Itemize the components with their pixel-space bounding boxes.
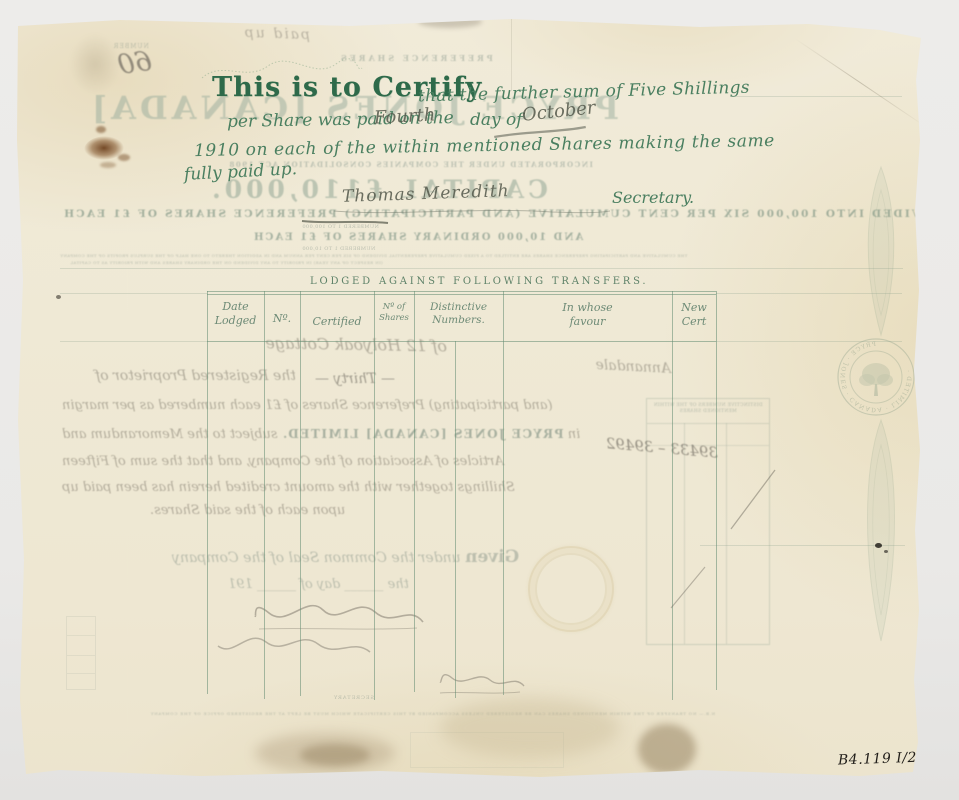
endorsement-month-handwritten: October (521, 99, 596, 125)
column-header-certified: Certified (300, 315, 374, 329)
ink-stain-speck (96, 126, 106, 133)
column-header-distinctive-numbers: Distinctive Numbers. (414, 301, 503, 327)
column-header-number: Nº. (264, 312, 300, 326)
endorsement-line-3: 1910 on each of the within mentioned Sha… (194, 133, 775, 161)
column-header-line: Cert (672, 315, 716, 329)
bottom-water-stain (440, 698, 620, 758)
fold-crease-top-right (794, 38, 926, 127)
table-subcolumn-line (455, 341, 456, 698)
table-column-line (503, 291, 504, 695)
dark-speck (56, 295, 61, 299)
table-rule-header-bottom (207, 341, 716, 342)
column-header-line: Nº. (264, 312, 300, 326)
table-column-line (716, 291, 717, 690)
secretary-title-label: Secretary. (612, 190, 694, 207)
dark-speck (875, 543, 882, 548)
table-rule-top-2 (207, 294, 716, 295)
certificate-sheet: NUMBER 60 paid up PREFERENCE SHARES PRYC… (0, 0, 959, 800)
faint-rule (60, 268, 903, 269)
faint-rule (60, 341, 207, 342)
endorsement-line-2-mid: day of (470, 112, 523, 130)
archive-reference-note: B4.119 I/20 (838, 750, 927, 768)
column-header-line: favour (503, 315, 672, 329)
pen-slash-mark-2 (668, 565, 708, 611)
ink-stain-speck (118, 154, 130, 161)
pen-slash-mark (728, 468, 778, 532)
table-column-line (414, 291, 415, 692)
table-column-line (207, 291, 208, 694)
photograph-of-share-certificate-back: NUMBER 60 paid up PREFERENCE SHARES PRYC… (0, 0, 959, 800)
endorsement-day-handwritten: Fourth (374, 106, 436, 128)
fold-crease-top-center (511, 19, 512, 91)
faint-rule (716, 293, 902, 294)
column-header-line: Lodged (207, 314, 264, 328)
column-header-line: Numbers. (414, 314, 503, 327)
corner-discoloration (70, 34, 120, 94)
faint-rule (716, 341, 902, 342)
table-column-line (264, 291, 265, 699)
bottom-smudge-core (300, 744, 370, 766)
top-smudge (418, 15, 482, 28)
column-header-new-cert: New Cert (672, 301, 716, 329)
table-column-line (374, 291, 375, 700)
bottom-smudge-right (638, 724, 696, 774)
column-header-date-lodged: Date Lodged (207, 300, 264, 328)
column-header-line: Distinctive (414, 301, 503, 314)
endorsement-line-4: fully paid up. (184, 161, 298, 185)
signature-flourish (332, 205, 612, 217)
faint-rule (60, 293, 207, 294)
transfer-table-title: LODGED AGAINST FOLLOWING TRANSFERS. (310, 277, 648, 288)
column-header-line: Certified (300, 315, 374, 329)
column-header-line: Shares (374, 313, 414, 324)
endorsement-layer: This is to Certify that the further sum … (0, 0, 959, 800)
column-header-line: In whose (503, 301, 672, 315)
table-column-line (672, 291, 673, 700)
faint-rule (730, 96, 902, 97)
dark-speck (884, 550, 888, 553)
secretary-signature: Thomas Meredith (342, 183, 510, 207)
column-header-no-of-shares: Nº of Shares (374, 302, 414, 323)
ink-stain-speck (100, 162, 116, 168)
column-header-line: Nº of (374, 302, 414, 313)
column-header-in-whose-favour: In whose favour (503, 301, 672, 329)
table-rule-top (207, 291, 716, 292)
column-header-line: New (672, 301, 716, 315)
column-header-line: Date (207, 300, 264, 314)
table-column-line (300, 291, 301, 696)
